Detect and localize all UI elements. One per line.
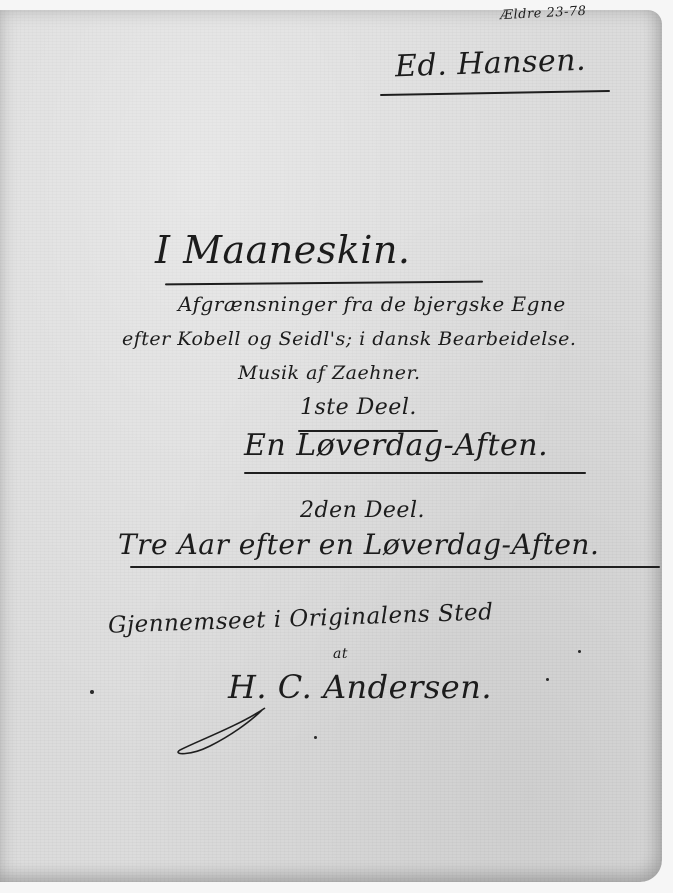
archive-note: Ældre 23-78 xyxy=(500,4,587,24)
subtitle-line-3: Musik af Zaehner. xyxy=(238,362,421,384)
part2-title-underline xyxy=(130,566,660,568)
ink-speck xyxy=(314,736,317,739)
part2-label: 2den Deel. xyxy=(300,498,425,523)
manuscript-page: Ældre 23-78 Ed. Hansen. I Maaneskin. Afg… xyxy=(0,10,662,882)
part1-title: En Løverdag-Aften. xyxy=(244,428,548,463)
ink-speck xyxy=(578,650,581,653)
title: I Maaneskin. xyxy=(155,228,411,272)
subtitle-line-2: efter Kobell og Seidl's; i dansk Bearbei… xyxy=(122,328,576,350)
owner-name-underline xyxy=(380,90,610,96)
signature-prefix: at xyxy=(333,646,348,662)
owner-name: Ed. Hansen. xyxy=(394,43,586,85)
title-underline xyxy=(165,281,483,286)
ink-speck xyxy=(90,690,94,694)
part1-title-underline xyxy=(244,472,586,474)
ink-speck xyxy=(546,678,549,681)
part1-label: 1ste Deel. xyxy=(300,395,417,420)
dedication-line: Gjennemseet i Originalens Sted xyxy=(108,599,494,638)
subtitle-line-1: Afgrænsninger fra de bjergske Egne xyxy=(178,292,566,316)
signature-flourish xyxy=(170,700,290,760)
part2-title: Tre Aar efter en Løverdag-Aften. xyxy=(118,528,599,561)
